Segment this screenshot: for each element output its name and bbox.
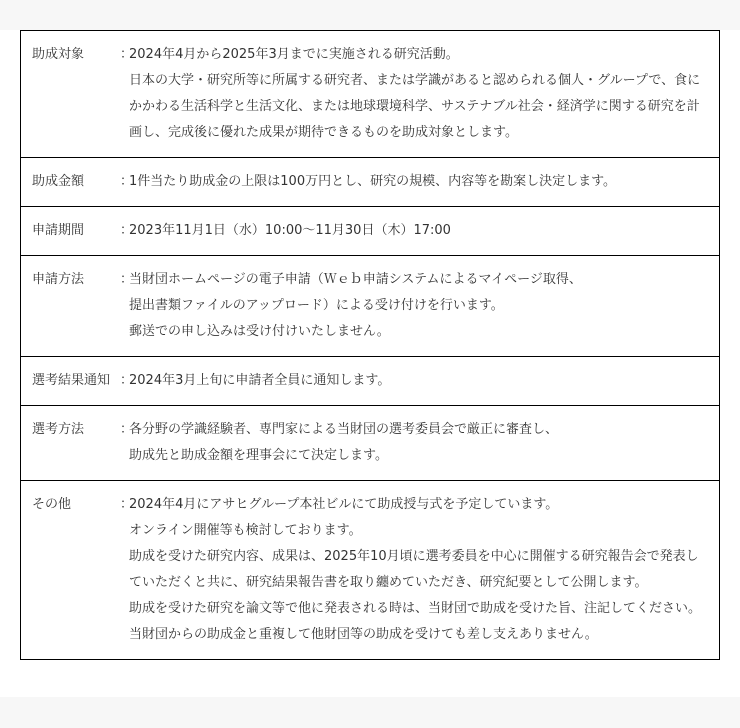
row-selection-method: 選考方法 ： 各分野の学識経験者、専門家による当財団の選考委員会で厳正に審査し、… (21, 406, 719, 481)
row-colon: ： (120, 267, 129, 345)
row-application-period: 申請期間 ： 2023年11月1日（水）10:00～11月30日（木）17:00 (21, 207, 719, 256)
content-line: 1件当たり助成金の上限は100万円とし、研究の規模、内容等を勘案し決定します。 (129, 169, 709, 195)
row-colon: ： (120, 368, 129, 394)
row-grant-target: 助成対象 ： 2024年4月から2025年3月までに実施される研究活動。 日本の… (21, 31, 719, 158)
content-line: オンライン開催等も検討しております。 (129, 518, 709, 544)
row-grant-amount: 助成金額 ： 1件当たり助成金の上限は100万円とし、研究の規模、内容等を勘案し… (21, 158, 719, 207)
content-line: 2024年3月上旬に申請者全員に通知します。 (129, 368, 709, 394)
content-line: 各分野の学識経験者、専門家による当財団の選考委員会で厳正に審査し、 (129, 417, 709, 443)
content-line: 助成を受けた研究を論文等で他に発表される時は、当財団で助成を受けた旨、注記してく… (129, 596, 709, 622)
row-label: 申請方法 (21, 267, 120, 345)
row-content: 当財団ホームページの電子申請（Ｗｅｂ申請システムによるマイページ取得、 提出書類… (129, 267, 719, 345)
row-content: 2024年4月にアサヒグループ本社ビルにて助成授与式を予定しています。 オンライ… (129, 492, 719, 648)
row-label: 選考方法 (21, 417, 120, 469)
row-colon: ： (120, 42, 129, 146)
row-label: その他 (21, 492, 120, 648)
content-line: 2024年4月にアサヒグループ本社ビルにて助成授与式を予定しています。 (129, 492, 709, 518)
content-line: 当財団からの助成金と重複して他財団等の助成を受けても差し支えありません。 (129, 622, 709, 648)
content-line: 助成を受けた研究内容、成果は、2025年10月頃に選考委員を中心に開催する研究報… (129, 544, 709, 596)
content-line: 提出書類ファイルのアップロード）による受け付けを行います。 (129, 293, 709, 319)
row-other: その他 ： 2024年4月にアサヒグループ本社ビルにて助成授与式を予定しています… (21, 481, 719, 659)
row-content: 各分野の学識経験者、専門家による当財団の選考委員会で厳正に審査し、 助成先と助成… (129, 417, 719, 469)
content-line: 2023年11月1日（水）10:00～11月30日（木）17:00 (129, 218, 709, 244)
row-content: 1件当たり助成金の上限は100万円とし、研究の規模、内容等を勘案し決定します。 (129, 169, 719, 195)
row-application-method: 申請方法 ： 当財団ホームページの電子申請（Ｗｅｂ申請システムによるマイページ取… (21, 256, 719, 357)
content-line: 日本の大学・研究所等に所属する研究者、または学識があると認められる個人・グループ… (129, 68, 709, 146)
content-line: 当財団ホームページの電子申請（Ｗｅｂ申請システムによるマイページ取得、 (129, 267, 709, 293)
row-label: 申請期間 (21, 218, 120, 244)
content-line: 2024年4月から2025年3月までに実施される研究活動。 (129, 42, 709, 68)
row-label: 選考結果通知 (21, 368, 120, 394)
row-colon: ： (120, 169, 129, 195)
row-content: 2023年11月1日（水）10:00～11月30日（木）17:00 (129, 218, 719, 244)
content-line: 郵送での申し込みは受け付けいたしません。 (129, 319, 709, 345)
row-content: 2024年4月から2025年3月までに実施される研究活動。 日本の大学・研究所等… (129, 42, 719, 146)
row-content: 2024年3月上旬に申請者全員に通知します。 (129, 368, 719, 394)
row-colon: ： (120, 492, 129, 648)
row-label: 助成対象 (21, 42, 120, 146)
row-colon: ： (120, 417, 129, 469)
grant-info-table: 助成対象 ： 2024年4月から2025年3月までに実施される研究活動。 日本の… (20, 30, 720, 660)
row-label: 助成金額 (21, 169, 120, 195)
row-selection-notice: 選考結果通知 ： 2024年3月上旬に申請者全員に通知します。 (21, 357, 719, 406)
content-line: 助成先と助成金額を理事会にて決定します。 (129, 443, 709, 469)
row-colon: ： (120, 218, 129, 244)
